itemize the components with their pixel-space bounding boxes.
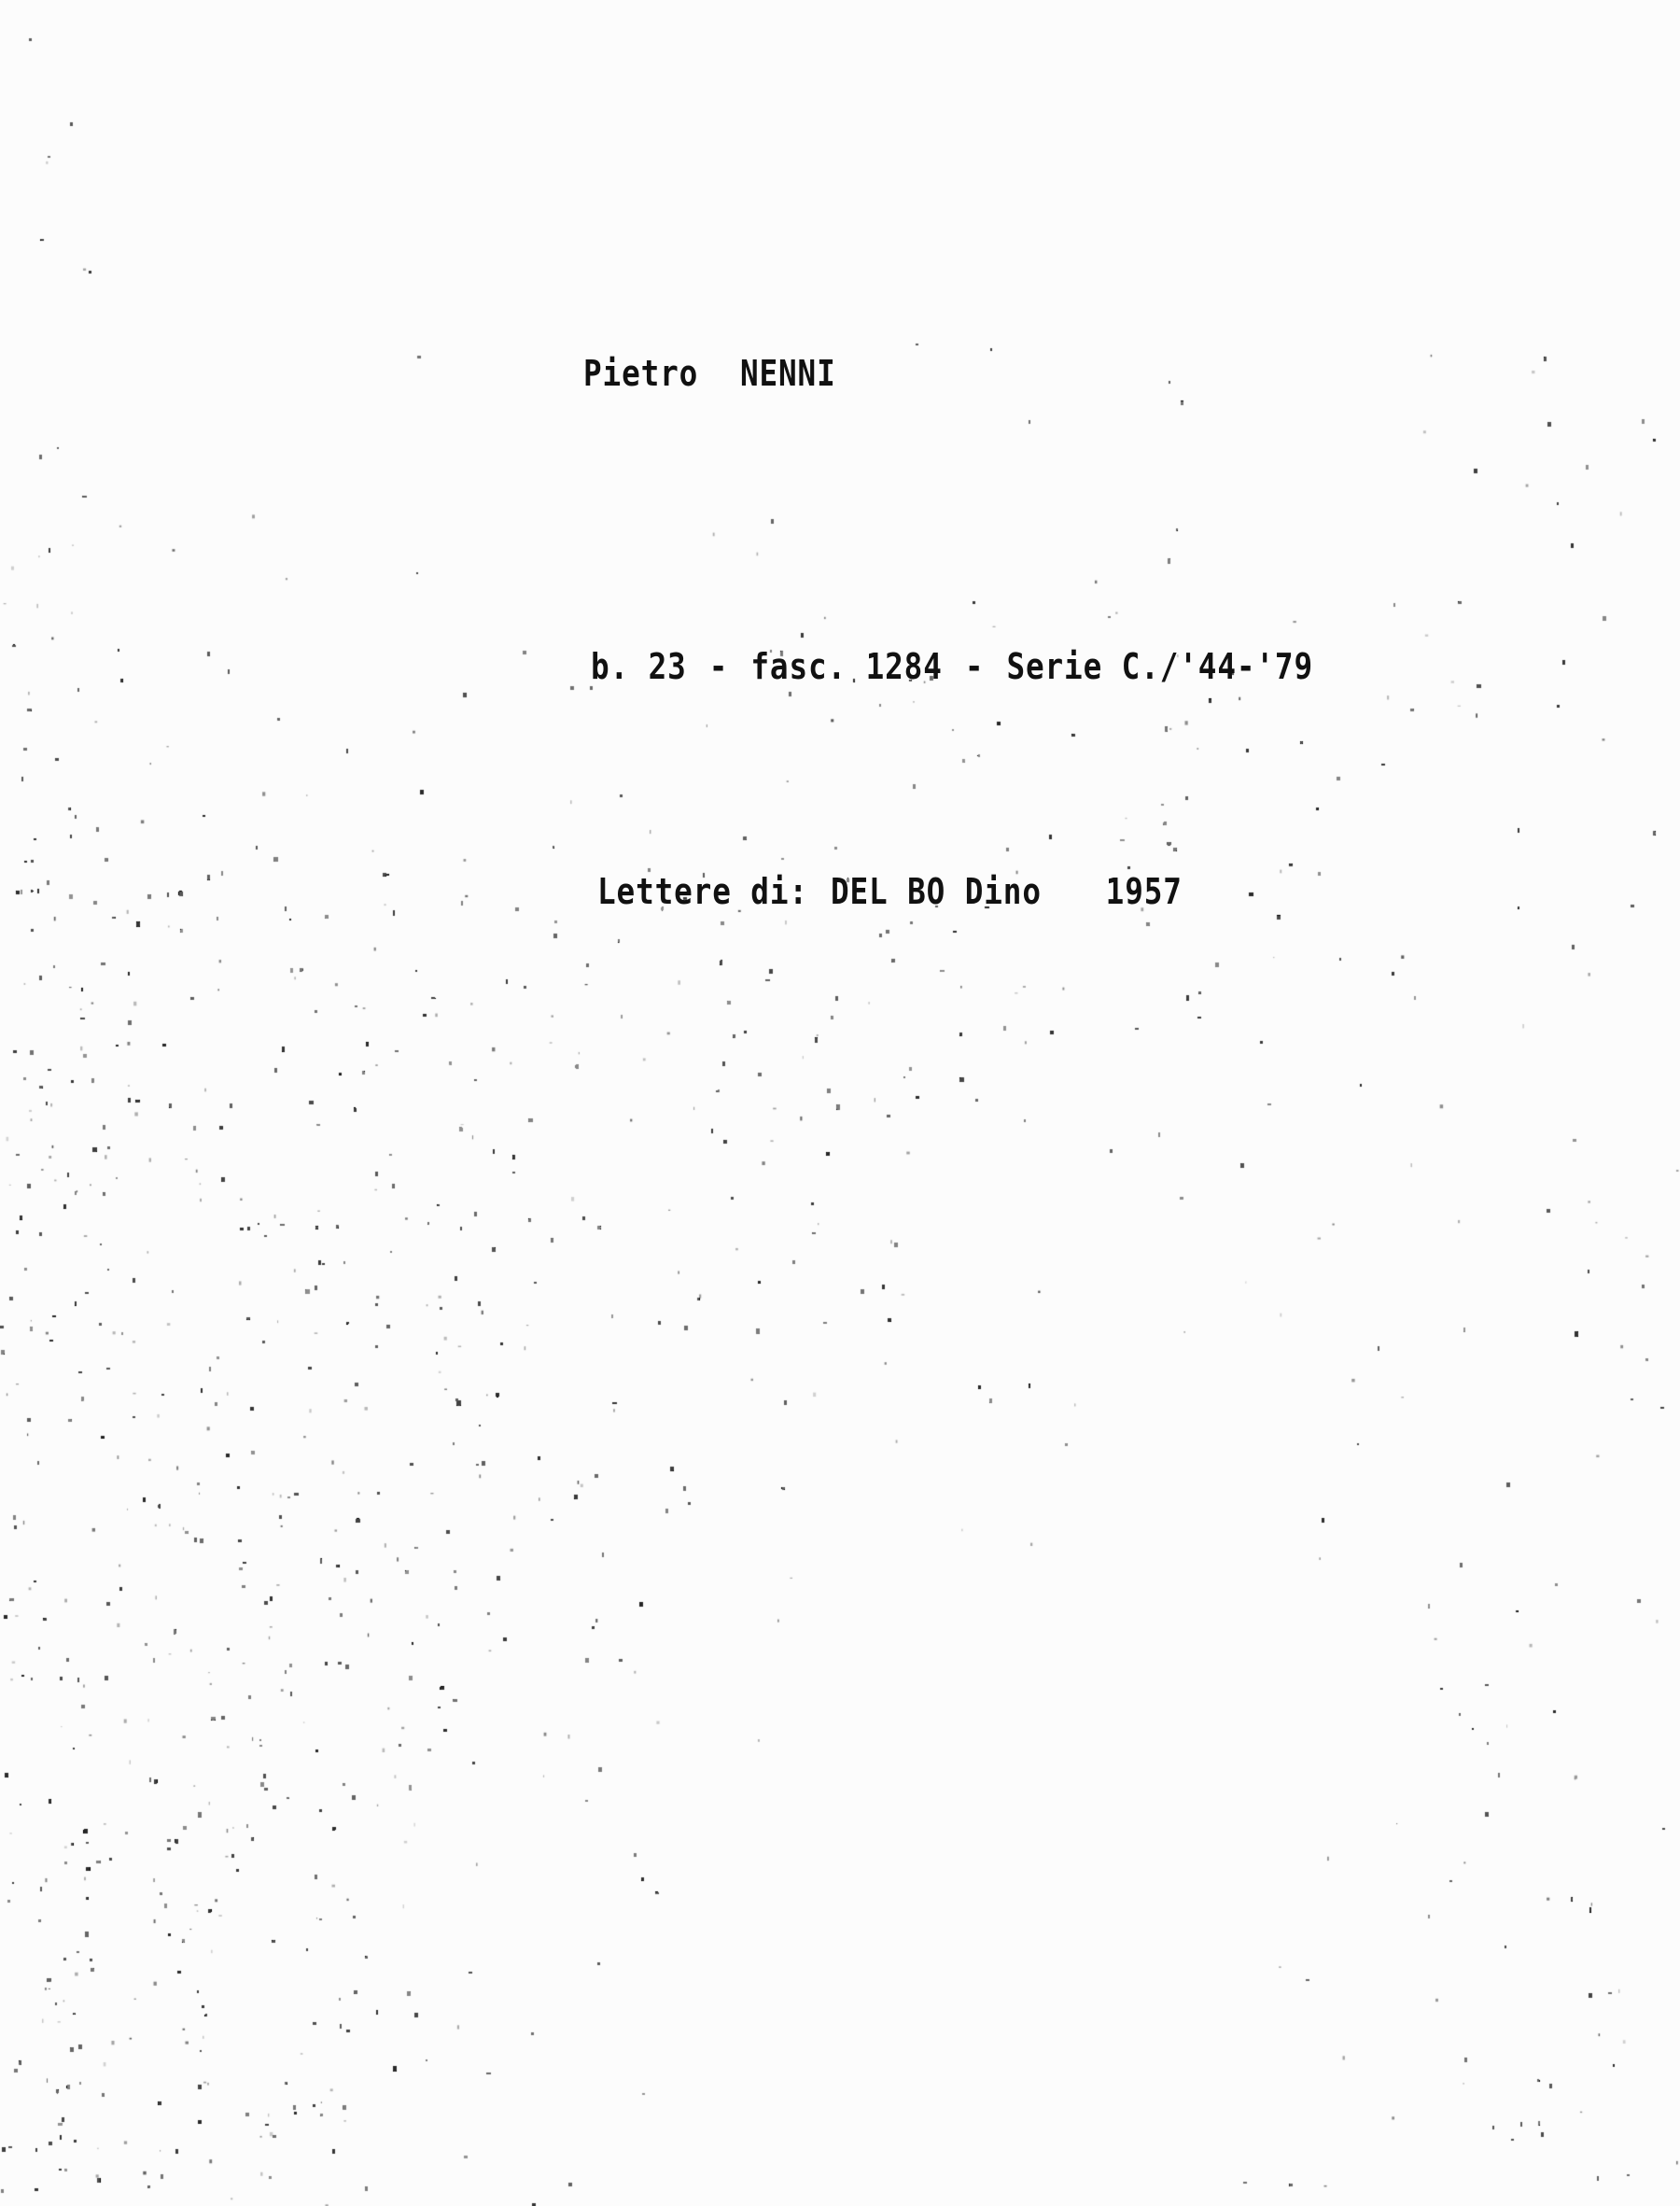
busta-number: b. 23 bbox=[591, 646, 687, 687]
owner-first-name: Pietro bbox=[583, 353, 698, 394]
owner-last-name: NENNI bbox=[740, 353, 836, 394]
archival-collocation: b. 23-fasc. 1284-Serie C./'44-'79 bbox=[591, 646, 1313, 687]
letters-label: Lettere di: bbox=[597, 871, 808, 912]
letters-year: 1957 bbox=[1106, 871, 1183, 912]
scan-toner-noise-background bbox=[0, 0, 1680, 2206]
correspondent-name: DEL BO Dino bbox=[831, 871, 1042, 912]
fascicolo-number: fasc. 1284 bbox=[750, 646, 942, 687]
folder-owner-name: PietroNENNI bbox=[583, 353, 836, 394]
series-label: Serie C./'44-'79 bbox=[1006, 646, 1313, 687]
separator-dash: - bbox=[709, 646, 729, 687]
letters-description: Lettere di:DEL BO Dino1957 bbox=[597, 871, 1183, 912]
separator-dash: - bbox=[965, 646, 985, 687]
